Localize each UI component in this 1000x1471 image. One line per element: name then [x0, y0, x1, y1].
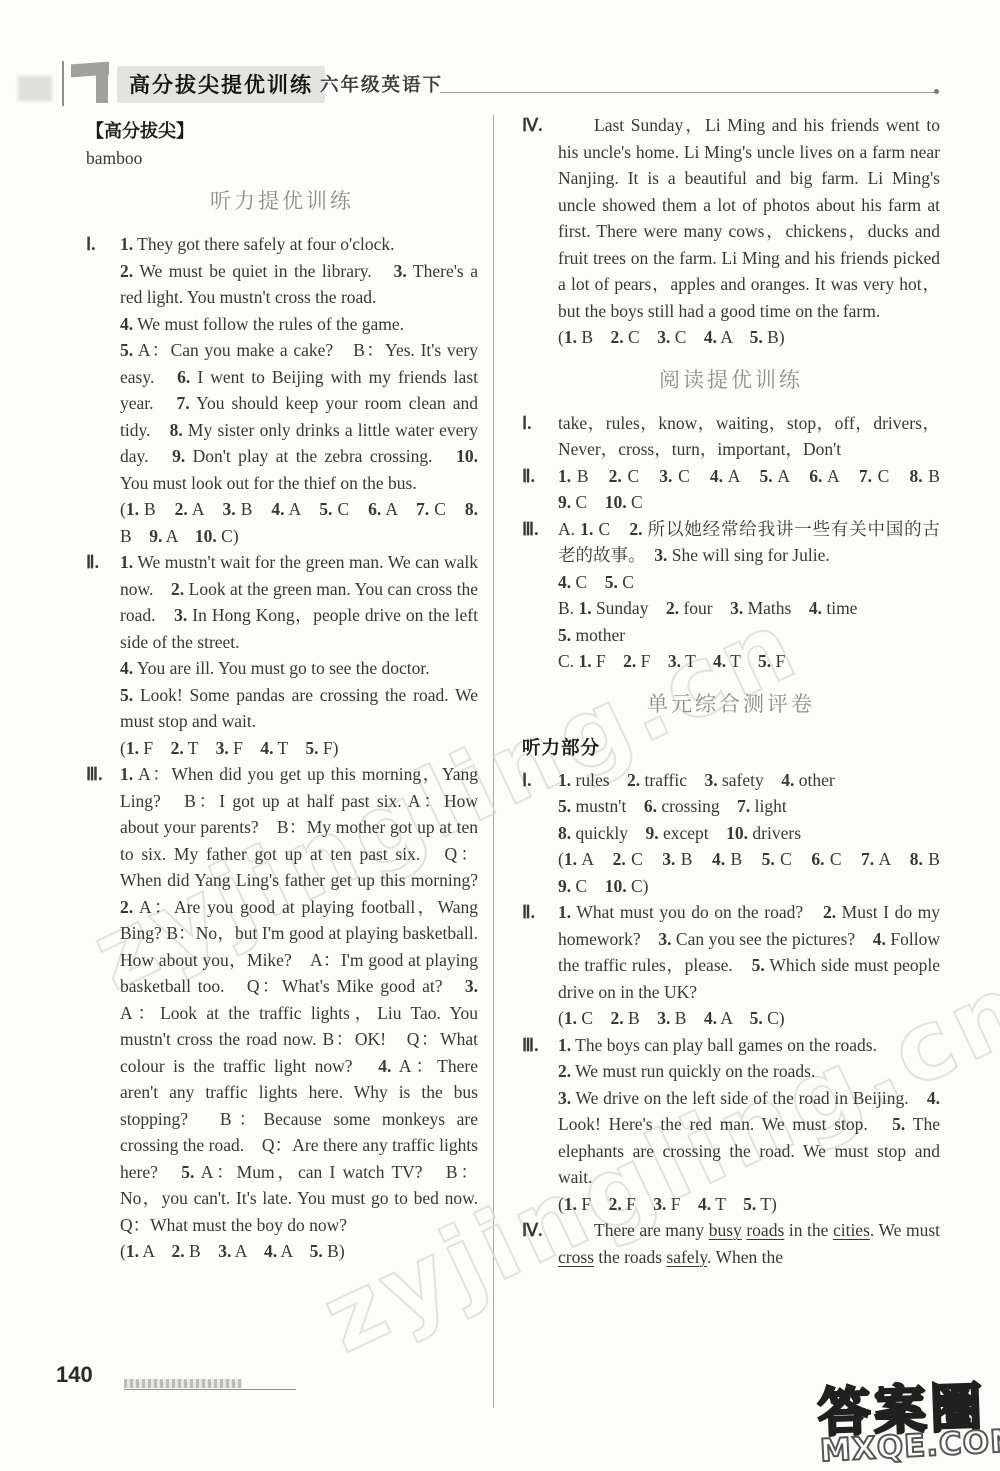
header-rule-dot: [934, 89, 939, 94]
answer-section-listening-2: Ⅱ. 1. We mustn't wait for the green man.…: [86, 549, 478, 761]
section-marker: Ⅱ.: [86, 549, 120, 576]
section-marker: Ⅲ.: [522, 516, 558, 543]
scanned-answer-page: 高分拔尖提优训练 六年级英语下 zyjingling.cn zyjingling…: [0, 0, 1000, 1471]
footer-decoration-bar: [124, 1379, 242, 1388]
answer-section-reading-1: Ⅰ. take，rules，know，waiting，stop，off，driv…: [522, 410, 940, 463]
page-number: 140: [56, 1362, 93, 1388]
section-marker: Ⅳ.: [522, 112, 558, 139]
answer-section-listening-3: Ⅲ. 1. A：When did you get up this morning…: [86, 761, 478, 1265]
answer-line: 5. mother: [558, 622, 940, 649]
answer-line: 5. mustn't 6. crossing 7. light: [558, 793, 940, 820]
listening-part-label: 听力部分: [522, 734, 940, 762]
answer-key-line: (1. B 2. A 3. B 4. A 5. C 6. A 7. C 8. B…: [120, 496, 478, 549]
answer-section-unit-4: Ⅳ. There are many busy roads in the citi…: [522, 1217, 940, 1270]
answer-key-line: C. 1. F 2. F 3. T 4. T 5. F: [558, 648, 940, 675]
answer-key-line: (1. A 2. C 3. B 4. B 5. C 6. C 7. A 8. B…: [558, 846, 940, 899]
answer-line: 8. quickly 9. except 10. drivers: [558, 820, 940, 847]
right-column: Ⅳ. Last Sunday，Li Ming and his friends w…: [522, 112, 940, 1270]
answer-line: 1. rules 2. traffic 3. safety 4. other: [558, 767, 940, 794]
answer-line: 2. We must run quickly on the roads.: [558, 1058, 940, 1085]
answer-line: 2. We must be quiet in the library. 3. T…: [120, 258, 478, 311]
answer-key-line: (1. A 2. B 3. A 4. A 5. B): [120, 1238, 478, 1265]
reading-practice-heading: 阅读提优训练: [522, 366, 940, 396]
listening-practice-heading: 听力提优训练: [86, 187, 478, 217]
left-column: 【高分拔尖】 bamboo 听力提优训练 Ⅰ. 1. They got ther…: [86, 118, 478, 1265]
answer-line: 1. We mustn't wait for the green man. We…: [120, 549, 478, 655]
section-marker: Ⅲ.: [86, 761, 120, 788]
answer-section-listening-4: Ⅳ. Last Sunday，Li Ming and his friends w…: [522, 112, 940, 351]
answer-section-unit-3: Ⅲ. 1. The boys can play ball games on th…: [522, 1032, 940, 1218]
answer-line: 4. C 5. C: [558, 569, 940, 596]
column-divider: [493, 115, 494, 1408]
unit-test-heading: 单元综合测评卷: [522, 690, 940, 720]
scan-binding-smudge: [18, 76, 52, 101]
series-title-badge: 高分拔尖提优训练: [117, 66, 325, 103]
tip-section-label: 【高分拔尖】: [86, 118, 478, 145]
header-rule: [440, 92, 936, 93]
answer-line: 5. Look! Some pandas are crossing the ro…: [120, 682, 478, 735]
answer-line: take，rules，know，waiting，stop，off，drivers…: [558, 410, 940, 463]
footer-rule: [124, 1389, 296, 1390]
answer-key-line: (1. F 2. T 3. F 4. T 5. F): [120, 735, 478, 762]
answer-line: 1. What must you do on the road? 2. Must…: [558, 899, 940, 1005]
section-marker: Ⅰ.: [522, 410, 558, 437]
answer-line: 3. We drive on the left side of the road…: [558, 1085, 940, 1191]
answer-section-reading-3: Ⅲ. A. 1. C 2. 所以她经常给我讲一些有关中国的古老的故事。 3. S…: [522, 516, 940, 675]
tip-answer: bamboo: [86, 145, 478, 172]
book-logo-icon: [71, 60, 109, 106]
answer-key-line: 1. B 2. C 3. C 4. A 5. A 6. A 7. C 8. B …: [558, 463, 940, 516]
answer-line: 1. The boys can play ball games on the r…: [558, 1032, 940, 1059]
section-marker: Ⅱ.: [522, 463, 558, 490]
listening-passage: There are many busy roads in the cities.…: [558, 1217, 940, 1270]
answer-line: 4. We must follow the rules of the game.: [120, 311, 478, 338]
section-marker: Ⅰ.: [522, 767, 558, 794]
answer-section-listening-1: Ⅰ. 1. They got there safely at four o'cl…: [86, 231, 478, 549]
answer-key-line: (1. B 2. C 3. C 4. A 5. B): [558, 324, 940, 351]
section-marker: Ⅱ.: [522, 899, 558, 926]
answer-section-unit-1: Ⅰ. 1. rules 2. traffic 3. safety 4. othe…: [522, 767, 940, 900]
answer-line: B. 1. Sunday 2. four 3. Maths 4. time: [558, 595, 940, 622]
answer-key-line: (1. C 2. B 3. B 4. A 5. C): [558, 1005, 940, 1032]
answer-line: 4. You are ill. You must go to see the d…: [120, 655, 478, 682]
answer-line: 1. A：When did you get up this morning，Ya…: [120, 761, 478, 1238]
logo-divider-line: [62, 61, 64, 106]
answer-line: 1. They got there safely at four o'clock…: [120, 231, 478, 258]
listening-passage: Last Sunday，Li Ming and his friends went…: [558, 112, 940, 324]
answer-line: A. 1. C 2. 所以她经常给我讲一些有关中国的古老的故事。 3. She …: [558, 516, 940, 569]
answer-key-line: (1. F 2. F 3. F 4. T 5. T): [558, 1191, 940, 1218]
answer-line: 5. A：Can you make a cake? B：Yes. It's ve…: [120, 337, 478, 496]
book-subtitle: 六年级英语下: [320, 71, 443, 97]
section-marker: Ⅲ.: [522, 1032, 558, 1059]
answer-section-reading-2: Ⅱ. 1. B 2. C 3. C 4. A 5. A 6. A 7. C 8.…: [522, 463, 940, 516]
section-marker: Ⅳ.: [522, 1217, 558, 1244]
section-marker: Ⅰ.: [86, 231, 120, 258]
answer-section-unit-2: Ⅱ. 1. What must you do on the road? 2. M…: [522, 899, 940, 1032]
